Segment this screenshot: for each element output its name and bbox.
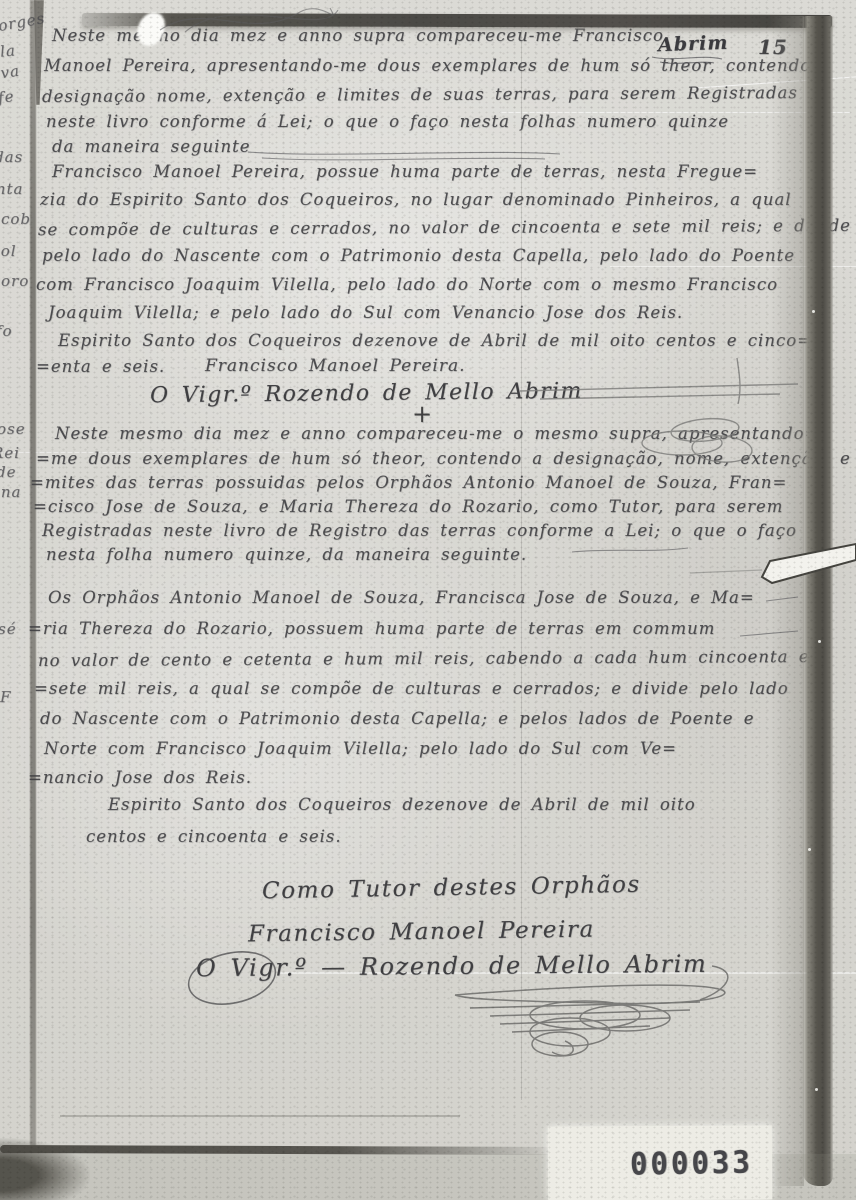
manuscript-line: =me dous exemplares de hum só theor, con…	[36, 449, 856, 468]
scanned-register-page: Borges la fava fe das inta Jacob sol Dor…	[0, 0, 856, 1200]
margin-fragment: Jacob	[0, 210, 31, 228]
top-annotation-abrim: Abrim	[658, 32, 729, 56]
manuscript-line: se compõe de culturas e cerrados, no val…	[38, 216, 851, 239]
book-edge-top-bar	[82, 13, 832, 28]
manuscript-line: Registradas neste livro de Registro das …	[42, 521, 797, 540]
margin-fragment: sol	[0, 242, 17, 260]
margin-fragment: Jose	[0, 420, 26, 438]
manuscript-line: =ria Thereza do Rozario, possuem huma pa…	[28, 619, 715, 638]
margin-fragment: das	[0, 148, 23, 166]
dust-speck	[808, 848, 811, 851]
margin-fragment: tina	[0, 483, 21, 501]
manuscript-line: =nancio Jose dos Reis.	[28, 768, 252, 787]
manuscript-line: Os Orphãos Antonio Manoel de Souza, Fran…	[48, 588, 755, 607]
manuscript-line: nesta folha numero quinze, da maneira se…	[46, 545, 527, 564]
manuscript-line: Manoel Pereira, apresentando-me dous exe…	[44, 56, 832, 75]
dust-speck	[818, 640, 821, 643]
scratch-line	[690, 570, 762, 573]
binding-gutter-line	[30, 0, 36, 1152]
manuscript-line: Francisco Manoel Pereira, possue huma pa…	[52, 162, 758, 181]
manuscript-line: zia do Espirito Santo dos Coqueiros, no …	[40, 190, 792, 209]
margin-fragment: la	[0, 41, 17, 61]
book-edge-right-band	[802, 16, 833, 1186]
margin-fragment: F	[0, 688, 11, 706]
manuscript-dateline: Espirito Santo dos Coqueiros dezenove de…	[108, 795, 696, 814]
dust-speck	[815, 1088, 818, 1091]
signature-role-line: Como Tutor destes Orphãos	[262, 872, 641, 905]
manuscript-line: designação nome, extenção e limites de s…	[42, 83, 798, 106]
vicar-signature: O Vigr.º Rozendo de Mello Abrim	[150, 379, 583, 409]
manuscript-line: neste livro conforme á Lei; o que o faço…	[46, 112, 729, 131]
book-spine-shadow	[770, 16, 804, 1186]
manuscript-line: da maneira seguinte	[52, 137, 251, 156]
manuscript-line: Norte com Francisco Joaquim Vilella; pel…	[44, 739, 677, 758]
margin-fragment: sé	[0, 620, 17, 638]
manuscript-line: no valor de cento e cetenta e hum mil re…	[38, 647, 810, 670]
manuscript-line: =mites das terras possuidas pelos Orphão…	[30, 473, 787, 492]
margin-fragment: fava	[0, 62, 21, 85]
manuscript-dateline: =enta e seis.	[36, 357, 165, 376]
declarant-signature: Francisco Manoel Pereira	[248, 917, 595, 948]
manuscript-line: =sete mil reis, a qual se compõe de cult…	[34, 679, 789, 698]
margin-fragment: Doro	[0, 272, 29, 290]
stamp-number: 000033	[630, 1144, 753, 1182]
margin-fragment: fe	[0, 87, 15, 107]
margin-fragment: fo	[0, 322, 13, 340]
manuscript-line: com Francisco Joaquim Vilella, pelo lado…	[36, 275, 778, 294]
manuscript-line: pelo lado do Nascente com o Patrimonio d…	[42, 246, 795, 265]
manuscript-dateline: Espirito Santo dos Coqueiros dezenove de…	[58, 331, 812, 350]
manuscript-line: do Nascente com o Patrimonio desta Capel…	[40, 709, 754, 728]
manuscript-line: Neste mesmo dia mez e anno compareceu-me…	[55, 424, 819, 443]
manuscript-dateline: centos e cincoenta e seis.	[86, 827, 342, 846]
manuscript-line: Joaquim Vilella; e pelo lado do Sul com …	[48, 303, 683, 322]
manuscript-line: =cisco Jose de Souza, e Maria Thereza do…	[33, 497, 783, 516]
scan-scratch	[60, 1115, 460, 1117]
margin-fragment: de	[0, 463, 16, 481]
dust-speck	[812, 310, 815, 313]
margin-fragment: Rei	[0, 444, 20, 462]
declarant-signature: Francisco Manoel Pereira.	[205, 356, 466, 376]
vicar-signature: O Vigr.º — Rozendo de Mello Abrim	[196, 950, 708, 982]
margin-fragment: inta	[0, 180, 23, 198]
